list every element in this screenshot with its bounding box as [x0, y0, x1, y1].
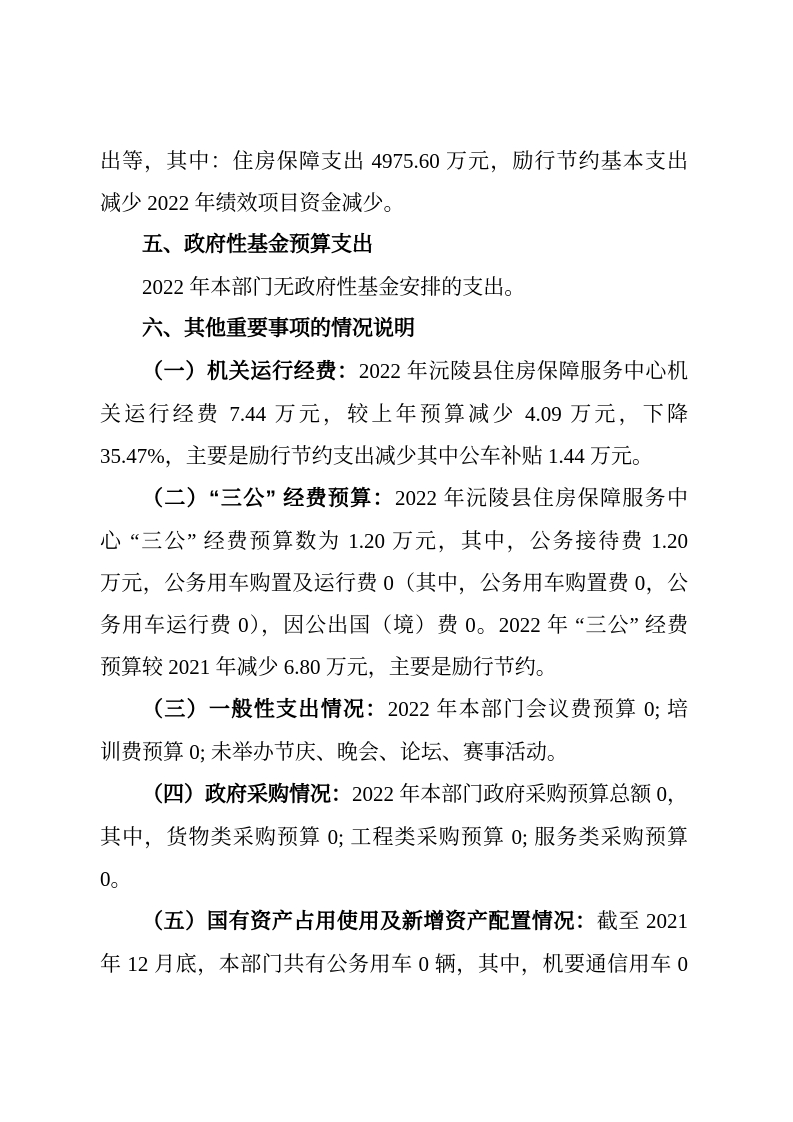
body-text: 心 “三公” 经费预算数为 1.20 万元，其中，公务接待费 1.20: [100, 529, 688, 553]
body-text: 减少 2022 年绩效项目资金减少。: [100, 191, 405, 215]
text-line: （二）“三公” 经费预算：2022 年沅陵县住房保障服务中: [100, 477, 688, 520]
bold-lead-text: 六、其他重要事项的情况说明: [142, 317, 415, 340]
text-line: 出等，其中：住房保障支出 4975.60 万元，励行节约基本支出: [100, 140, 688, 182]
text-line: 其中，货物类采购预算 0; 工程类采购预算 0; 服务类采购预算: [100, 816, 688, 858]
section-heading: 五、政府性基金预算支出: [100, 224, 688, 266]
text-line: 训费预算 0; 未举办节庆、晚会、论坛、赛事活动。: [100, 731, 688, 773]
text-line: 心 “三公” 经费预算数为 1.20 万元，其中，公务接待费 1.20: [100, 520, 688, 562]
text-line: （三）一般性支出情况：2022 年本部门会议费预算 0; 培: [100, 688, 688, 731]
body-text: 出等，其中：住房保障支出 4975.60 万元，励行节约基本支出: [100, 149, 688, 173]
body-text: 2022 年沅陵县住房保障服务中: [395, 486, 688, 510]
paragraph: （四）政府采购情况：2022 年本部门政府采购预算总额 0，其中，货物类采购预算…: [100, 773, 688, 900]
body-text: 截至 2021: [597, 909, 688, 933]
text-line: 五、政府性基金预算支出: [100, 224, 688, 266]
body-text: 万元，公务用车购置及运行费 0（其中，公务用车购置费 0，公: [100, 571, 688, 595]
body-text: 年 12 月底，本部门共有公务用车 0 辆，其中，机要通信用车 0: [100, 952, 688, 976]
paragraph: 2022 年本部门无政府性基金安排的支出。: [100, 266, 688, 308]
paragraph: （五）国有资产占用使用及新增资产配置情况：截至 2021年 12 月底，本部门共…: [100, 900, 688, 985]
document-page: 出等，其中：住房保障支出 4975.60 万元，励行节约基本支出减少 2022 …: [0, 0, 793, 1122]
text-line: 35.47%，主要是励行节约支出减少其中公车补贴 1.44 万元。: [100, 435, 688, 477]
body-text: 2022 年本部门无政府性基金安排的支出。: [142, 275, 525, 299]
body-text: 预算较 2021 年减少 6.80 万元，主要是励行节约。: [100, 655, 557, 679]
text-line: 减少 2022 年绩效项目资金减少。: [100, 182, 688, 224]
body-text: 2022 年本部门政府采购预算总额 0，: [352, 782, 688, 806]
body-text: 0。: [100, 867, 132, 891]
text-line: 预算较 2021 年减少 6.80 万元，主要是励行节约。: [100, 646, 688, 688]
body-text: 其中，货物类采购预算 0; 工程类采购预算 0; 服务类采购预算: [100, 825, 688, 849]
text-line: （四）政府采购情况：2022 年本部门政府采购预算总额 0，: [100, 773, 688, 816]
text-line: 万元，公务用车购置及运行费 0（其中，公务用车购置费 0，公: [100, 562, 688, 604]
body-text: 务用车运行费 0），因公出国（境）费 0。2022 年 “三公” 经费: [100, 613, 688, 637]
body-text: 2022 年本部门会议费预算 0; 培: [388, 697, 688, 721]
bold-lead-text: （三）一般性支出情况：: [142, 698, 388, 721]
body-text: 关运行经费 7.44 万元，较上年预算减少 4.09 万元，下降: [100, 402, 688, 426]
text-line: 年 12 月底，本部门共有公务用车 0 辆，其中，机要通信用车 0: [100, 943, 688, 985]
text-line: （五）国有资产占用使用及新增资产配置情况：截至 2021: [100, 900, 688, 943]
bold-lead-text: （四）政府采购情况：: [142, 783, 352, 806]
bold-lead-text: （一）机关运行经费：: [142, 360, 359, 383]
text-line: 务用车运行费 0），因公出国（境）费 0。2022 年 “三公” 经费: [100, 604, 688, 646]
section-heading: 六、其他重要事项的情况说明: [100, 308, 688, 350]
text-line: （一）机关运行经费：2022 年沅陵县住房保障服务中心机: [100, 350, 688, 393]
bold-lead-text: （二）“三公” 经费预算：: [142, 487, 395, 510]
body-text: 2022 年沅陵县住房保障服务中心机: [359, 359, 688, 383]
paragraph: 出等，其中：住房保障支出 4975.60 万元，励行节约基本支出减少 2022 …: [100, 140, 688, 224]
text-line: 2022 年本部门无政府性基金安排的支出。: [100, 266, 688, 308]
text-line: 关运行经费 7.44 万元，较上年预算减少 4.09 万元，下降: [100, 393, 688, 435]
paragraph: （二）“三公” 经费预算：2022 年沅陵县住房保障服务中心 “三公” 经费预算…: [100, 477, 688, 688]
bold-lead-text: 五、政府性基金预算支出: [142, 233, 373, 256]
bold-lead-text: （五）国有资产占用使用及新增资产配置情况：: [142, 910, 597, 933]
text-line: 六、其他重要事项的情况说明: [100, 308, 688, 350]
paragraph: （一）机关运行经费：2022 年沅陵县住房保障服务中心机关运行经费 7.44 万…: [100, 350, 688, 477]
body-text: 35.47%，主要是励行节约支出减少其中公车补贴 1.44 万元。: [100, 444, 653, 468]
document-content: 出等，其中：住房保障支出 4975.60 万元，励行节约基本支出减少 2022 …: [100, 140, 688, 985]
text-line: 0。: [100, 858, 688, 900]
paragraph: （三）一般性支出情况：2022 年本部门会议费预算 0; 培训费预算 0; 未举…: [100, 688, 688, 773]
body-text: 训费预算 0; 未举办节庆、晚会、论坛、赛事活动。: [100, 740, 568, 764]
